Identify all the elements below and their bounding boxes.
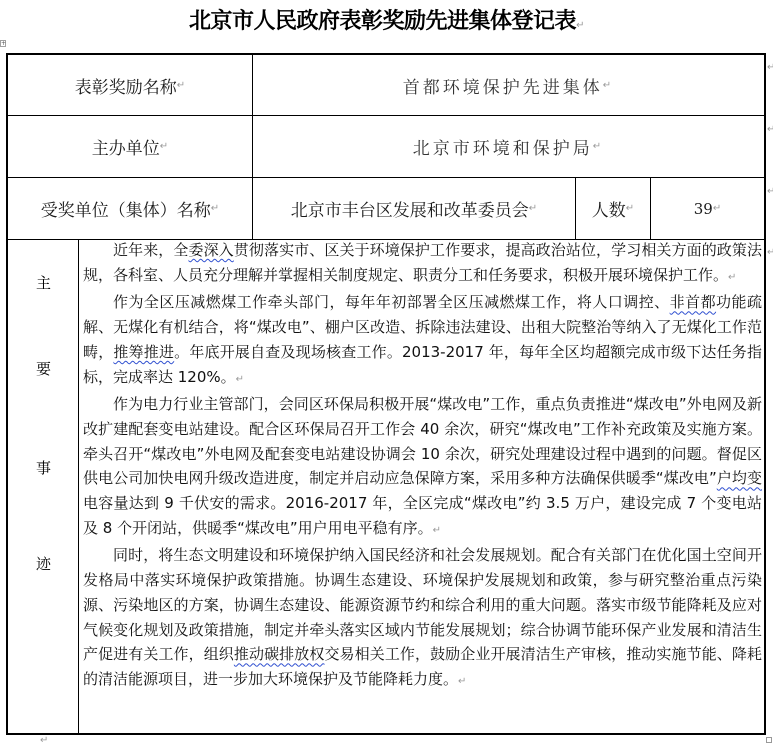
paragraph-text: 。年底开展自查及现场核查工作。2013-2017 年，每年全区均超额完成市级下达… bbox=[83, 343, 762, 386]
spellcheck-flagged-text: 推动碳排放权 bbox=[234, 645, 325, 663]
paragraph-mark-icon: ↵ bbox=[713, 203, 721, 214]
recipient-label: 受奖单位（集体）名称 bbox=[41, 196, 211, 221]
spellcheck-flagged-text: 户均变 bbox=[717, 469, 762, 487]
organizer-label-cell: 主办单位↵ bbox=[8, 116, 252, 177]
paragraph-mark-icon: ↵ bbox=[236, 374, 244, 385]
paragraph-mark-icon: ↵ bbox=[576, 20, 584, 31]
paragraph-mark-icon: ↵ bbox=[458, 676, 466, 687]
paragraph-mark-icon: ↵ bbox=[529, 203, 537, 214]
deeds-label-char: 迹 bbox=[8, 553, 79, 574]
row-end-mark-icon: ↵ bbox=[767, 62, 773, 73]
paragraph-mark-icon: ↵ bbox=[177, 80, 185, 91]
award-name-value: 首都环境保护先进集体 bbox=[403, 73, 603, 98]
recipient-label-cell: 受奖单位（集体）名称↵ bbox=[8, 178, 252, 239]
deeds-paragraph: 同时，将生态文明建设和环境保护纳入国民经济和社会发展规划。配合有关部门在优化国土… bbox=[83, 543, 762, 694]
recipient-value-cell[interactable]: 北京市丰台区发展和改革委员会↵ bbox=[253, 178, 575, 239]
award-name-label-cell: 表彰奖励名称↵ bbox=[8, 55, 252, 115]
organizer-label: 主办单位 bbox=[92, 134, 160, 159]
paragraph-mark-icon: ↵ bbox=[626, 203, 634, 214]
headcount-value-cell[interactable]: 39↵ bbox=[651, 178, 764, 239]
headcount-value: 39 bbox=[694, 200, 713, 218]
deeds-paragraph: 作为全区压减燃煤工作牵头部门，每年年初部署全区压减燃煤工作，将人口调控、非首都功… bbox=[83, 290, 762, 392]
spellcheck-flagged-text: 委深入 bbox=[188, 241, 233, 259]
organizer-value: 北京市环境和保护局 bbox=[413, 134, 593, 159]
table-resize-handle-icon[interactable] bbox=[766, 737, 772, 743]
paragraph-mark-icon: ↵ bbox=[728, 272, 736, 283]
spellcheck-flagged-text: 非首都 bbox=[670, 293, 716, 311]
paragraph-mark-icon: ↵ bbox=[433, 525, 441, 536]
deeds-body-text[interactable]: 近年来，全委深入贯彻落实市、区关于环境保护工作要求，提高政治站位，学习相关方面的… bbox=[83, 238, 762, 695]
paragraph-text: 近年来，全 bbox=[113, 241, 188, 259]
spellcheck-flagged-text: 推筹推进 bbox=[113, 343, 174, 361]
row-end-mark-icon: ↵ bbox=[767, 247, 773, 258]
paragraph-text: 电容量达到 9 千伏安的需求。2016-2017 年，全区完成“煤改电”约 3.… bbox=[83, 494, 762, 537]
deeds-paragraph: 近年来，全委深入贯彻落实市、区关于环境保护工作要求，提高政治站位，学习相关方面的… bbox=[83, 238, 762, 290]
paragraph-mark-icon: ↵ bbox=[603, 80, 614, 91]
paragraph-mark-icon: ↵ bbox=[40, 735, 48, 746]
paragraph-mark-icon: ↵ bbox=[160, 141, 168, 152]
organizer-value-cell[interactable]: 北京市环境和保护局↵ bbox=[253, 116, 764, 177]
table-move-handle-icon[interactable]: + bbox=[0, 40, 6, 47]
headcount-label-cell: 人数↵ bbox=[576, 178, 650, 239]
registration-table: 表彰奖励名称↵ 首都环境保护先进集体↵ 主办单位↵ 北京市环境和保护局↵ 受奖单… bbox=[6, 53, 766, 735]
column-divider bbox=[78, 239, 79, 735]
deeds-label-char: 事 bbox=[8, 457, 79, 478]
paragraph-text: 作为电力行业主管部门，会同区环保局积极开展“煤改电”工作，重点负责推进“煤改电”… bbox=[83, 395, 762, 487]
document-title: 北京市人民政府表彰奖励先进集体登记表↵ bbox=[0, 6, 773, 41]
row-end-mark-icon: ↵ bbox=[767, 124, 773, 135]
recipient-value: 北京市丰台区发展和改革委员会 bbox=[291, 196, 529, 221]
paragraph-mark-icon: ↵ bbox=[211, 203, 219, 214]
award-name-value-cell[interactable]: 首都环境保护先进集体↵ bbox=[253, 55, 764, 115]
paragraph-mark-icon: ↵ bbox=[593, 141, 604, 152]
award-name-label: 表彰奖励名称 bbox=[75, 73, 177, 98]
paragraph-text: 作为全区压减燃煤工作牵头部门，每年年初部署全区压减燃煤工作，将人口调控、 bbox=[113, 293, 670, 311]
deeds-label-char: 主 bbox=[8, 272, 79, 293]
deeds-label-char: 要 bbox=[8, 358, 79, 379]
headcount-label: 人数 bbox=[592, 196, 626, 221]
row-end-mark-icon: ↵ bbox=[767, 186, 773, 197]
document-title-text: 北京市人民政府表彰奖励先进集体登记表 bbox=[189, 8, 576, 34]
deeds-paragraph: 作为电力行业主管部门，会同区环保局积极开展“煤改电”工作，重点负责推进“煤改电”… bbox=[83, 392, 762, 543]
